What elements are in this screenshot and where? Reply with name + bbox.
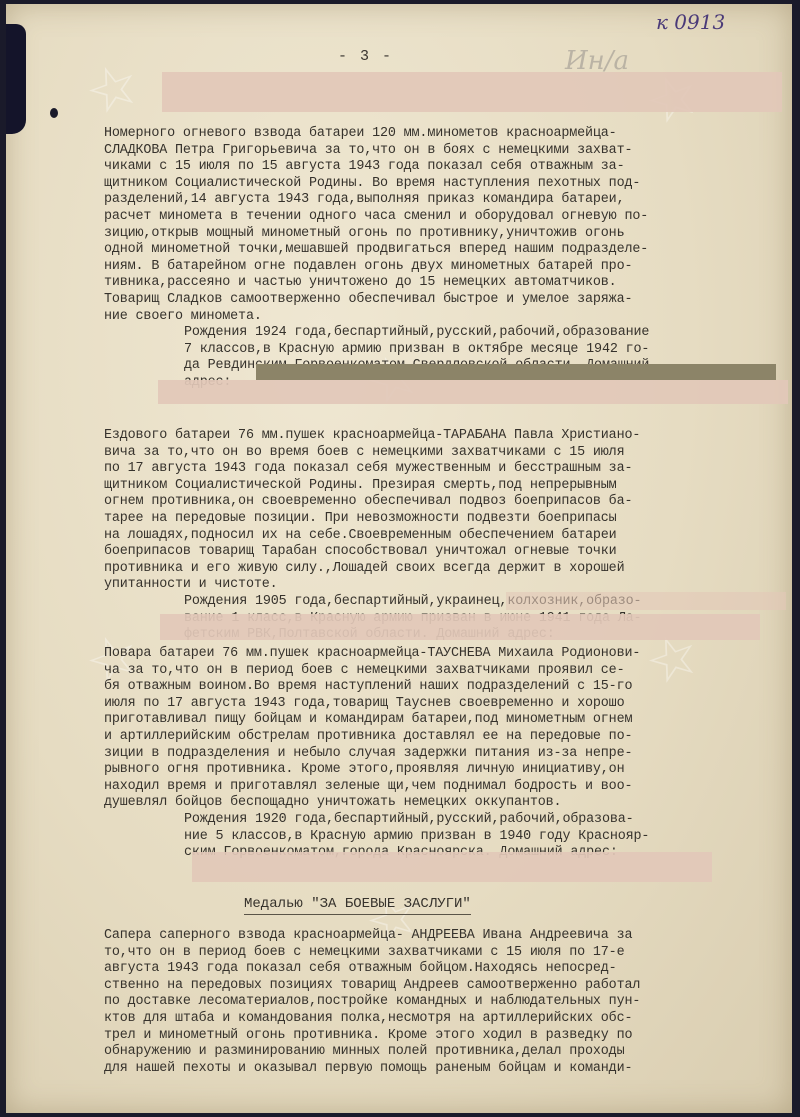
text-line: ниям. В батарейном огне подавлен огонь д… — [104, 259, 794, 276]
text-line: августа 1943 года показал себя отважным … — [104, 961, 794, 978]
text-line: Товарищ Сладков самоотверженно обеспечив… — [104, 292, 794, 309]
text-line: тарее на передовые позиции. При невозмож… — [104, 511, 794, 528]
page-number: - 3 - — [338, 48, 393, 65]
text-line: зиции в подразделения и небыло случая за… — [104, 746, 794, 763]
text-line: для нашей пехоты и оказывал первую помощ… — [104, 1061, 794, 1078]
bio-line: ние 5 классов,в Красную армию призван в … — [104, 829, 794, 846]
redaction-block — [506, 592, 786, 610]
text-line: огнем противника,он своевременно обеспеч… — [104, 494, 794, 511]
text-line: обнаружению и разминированию минных поле… — [104, 1044, 794, 1061]
text-line: по 17 августа 1943 года показал себя муж… — [104, 461, 794, 478]
watermark-star-icon: ☆ — [76, 47, 150, 131]
redaction-block — [162, 72, 782, 112]
bio-line: Рождения 1920 года,беспартийный,русский,… — [104, 812, 794, 829]
punch-hole — [50, 108, 58, 118]
text-line: ственно на передовых позициях товарищ Ан… — [104, 978, 794, 995]
text-line: ктов для штаба и командования полка,несм… — [104, 1011, 794, 1028]
text-line: приготавливал пищу бойцам и командирам б… — [104, 712, 794, 729]
text-line: Номерного огневого взвода батареи 120 мм… — [104, 126, 794, 143]
text-line: чиками с 15 июля по 15 августа 1943 года… — [104, 159, 794, 176]
bio-line: Рождения 1924 года,беспартийный,русский,… — [104, 325, 794, 342]
text-line: разделений,14 августа 1943 года,выполняя… — [104, 192, 794, 209]
text-line: расчет миномета в течении одного часа см… — [104, 209, 794, 226]
text-line: ние своего миномета. — [104, 309, 794, 326]
text-line: на лошадях,подносил их на себе.Своевреме… — [104, 528, 794, 545]
text-line: находил время и приготавлял зеленые щи,ч… — [104, 779, 794, 796]
text-line: душевлял бойцов беспощадно уничтожать не… — [104, 795, 794, 812]
award-entry-tausnev: Повара батареи 76 мм.пушек красноармейца… — [104, 646, 794, 862]
redaction-block — [160, 614, 760, 640]
redaction-block — [158, 380, 788, 404]
award-entry-taraban: Ездового батареи 76 мм.пушек красноармей… — [104, 428, 794, 644]
text-line: и артиллерийским обстрелам противника до… — [104, 729, 794, 746]
text-line: трел и минометный огонь противника. Кром… — [104, 1028, 794, 1045]
medal-heading: Медалью "ЗА БОЕВЫЕ ЗАСЛУГИ" — [244, 896, 471, 915]
text-line: Повара батареи 76 мм.пушек красноармейца… — [104, 646, 794, 663]
text-line: зицию,открыв мощный минометный огонь по … — [104, 226, 794, 243]
text-line: вича за то,что он во время боев с немецк… — [104, 445, 794, 462]
text-line: тивника,рассеяно и частью уничтожено до … — [104, 275, 794, 292]
award-entry-andreev: Сапера саперного взвода красноармейца- А… — [104, 928, 794, 1077]
text-line: СЛАДКОВА Петра Григорьевича за то,что он… — [104, 143, 794, 160]
text-line: Сапера саперного взвода красноармейца- А… — [104, 928, 794, 945]
text-line: бя отважным воином.Во время наступлений … — [104, 679, 794, 696]
text-line: июля по 17 августа 1943 года,товарищ Тау… — [104, 696, 794, 713]
redaction-block — [256, 364, 776, 380]
text-line: боеприпасов товарищ Тарабан способствова… — [104, 544, 794, 561]
text-line: ча за то,что он в период боев с немецким… — [104, 663, 794, 680]
award-entry-sladkov: Номерного огневого взвода батареи 120 мм… — [104, 126, 794, 392]
bio-line: 7 классов,в Красную армию призван в октя… — [104, 342, 794, 359]
text-line: по доставке лесоматериалов,постройке ком… — [104, 994, 794, 1011]
archive-code: к 0913 — [656, 10, 725, 34]
binding-stain — [6, 24, 26, 134]
text-line: одной минометной точки,мешавшей продвига… — [104, 242, 794, 259]
redaction-block — [192, 852, 712, 882]
text-line: рывного огня противника. Кроме этого,про… — [104, 762, 794, 779]
text-line: Ездового батареи 76 мм.пушек красноармей… — [104, 428, 794, 445]
text-line: противника и его живую силу.,Лошадей сво… — [104, 561, 794, 578]
text-line: щитником Социалистической Родины. Во вре… — [104, 176, 794, 193]
text-line: щитником Социалистической Родины. Презир… — [104, 478, 794, 495]
text-line: то,что он в период боев с немецкими захв… — [104, 945, 794, 962]
